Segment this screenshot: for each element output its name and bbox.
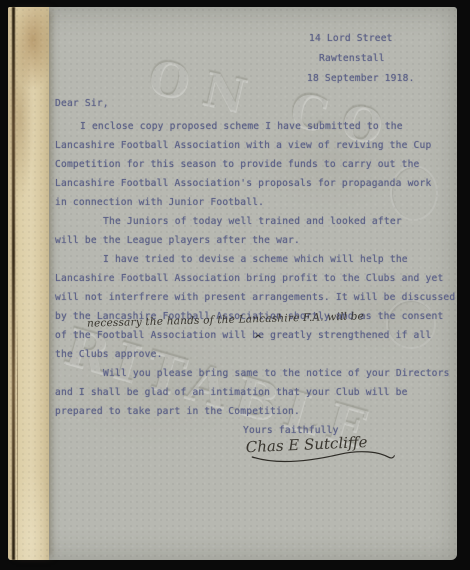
typed-line: Will you please bring same to the notice… xyxy=(55,364,451,383)
typed-line: The Juniors of today well trained and lo… xyxy=(55,212,451,231)
typed-line: I have tried to devise a scheme which wi… xyxy=(55,250,451,269)
typed-lines: I enclose copy proposed scheme I have su… xyxy=(55,117,451,421)
typed-line: Competition for this season to provide f… xyxy=(55,155,451,174)
binding-edge xyxy=(8,7,49,560)
typed-line: and I shall be glad of an intimation tha… xyxy=(55,383,451,402)
typed-line: in connection with Junior Football. xyxy=(55,193,451,212)
binding-crease-minor xyxy=(17,311,18,560)
typed-line: will be the League players after the war… xyxy=(55,231,451,250)
address-block: 14 Lord StreetRawtenstall18 September 19… xyxy=(307,29,415,89)
address-line: 18 September 1918. xyxy=(307,69,415,89)
binding-crease xyxy=(12,7,15,560)
typed-line: Lancashire Football Association with a v… xyxy=(55,136,451,155)
typed-line: will not interfrere with present arrange… xyxy=(55,288,451,307)
typed-line: Lancashire Football Association's propos… xyxy=(55,174,451,193)
letter-body: Dear Sir, I enclose copy proposed scheme… xyxy=(55,94,451,440)
typed-line: prepared to take part in the Competition… xyxy=(55,402,451,421)
typed-line: Lancashire Football Association bring pr… xyxy=(55,269,451,288)
insertion-caret: ^ xyxy=(254,334,262,345)
typed-line: the Clubs approve. xyxy=(55,345,451,364)
signature: Chas E Sutcliffe xyxy=(245,432,396,469)
scan-background: ON CO RITABLE 14 Lord StreetRawtenstall1… xyxy=(0,0,470,570)
typed-line: I enclose copy proposed scheme I have su… xyxy=(55,117,451,136)
address-line: 14 Lord Street xyxy=(309,29,415,49)
letter-page: ON CO RITABLE 14 Lord StreetRawtenstall1… xyxy=(8,7,457,560)
salutation: Dear Sir, xyxy=(55,94,451,113)
address-line: Rawtenstall xyxy=(319,49,415,69)
